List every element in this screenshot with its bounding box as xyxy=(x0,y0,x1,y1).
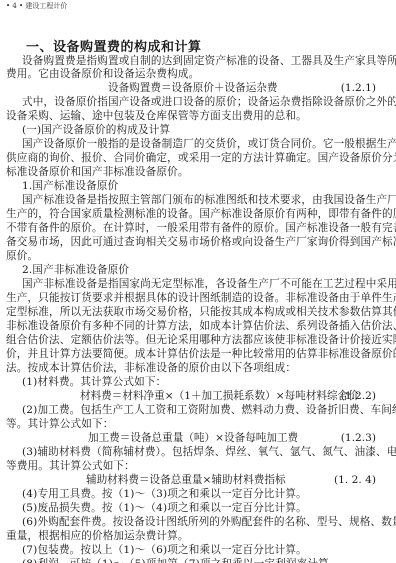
formula-expression: 辅助材料费＝设备总重量×辅助材料费指标 xyxy=(86,474,286,487)
text-line: 设备购置费是指购置或自制的达到固定资产标准的设备、工器具及生产家具等所需的 xyxy=(22,55,396,68)
text-line: 1.国产标准设备原价 xyxy=(22,180,118,193)
text-line: (5)废品损失费。按（1)～（4)项之和乘以一定百分比计算。 xyxy=(22,502,307,515)
text-line: 国产设备原价一般指的是设备制造厂的交货价，或订货合同价。它一般根据生产厂或 xyxy=(22,138,396,151)
text-line: 国产标准设备是指按照主管部门颁布的标准图纸和技术要求，由我国设备生产厂批量 xyxy=(22,194,396,207)
formula-expression: 材料费＝材料净重×（1＋加工损耗系数）×每吨材料综合价 xyxy=(80,390,359,403)
text-line: 价，并且计算方法要简便。成本计算估价法是一种比较常用的估算非标准设备原价的方 xyxy=(6,348,396,361)
text-line: 等。其计算公式如下： xyxy=(6,418,113,431)
text-line: 不带有备件的原价。在计算时，一般采用带有备件的原价。国产标准设备一般有完善的设 xyxy=(6,222,396,235)
text-line: 费用。它由设备原价和设备运杂费构成。 xyxy=(6,68,199,81)
text-line: (7)包装费。按以上（1)～（6)项之和乘以一定百分比计算。 xyxy=(22,544,307,557)
text-line: 2.国产非标准设备原价 xyxy=(22,264,129,277)
text-line: 备交易市场，因此可通过查询相关交易市场价格或向设备生产厂家询价得到国产标准设备 xyxy=(6,236,396,249)
text-line: 生产的，符合国家质量检测标准的设备。国产标准设备原价有两种，即带有备件的原价和 xyxy=(6,208,396,221)
text-line: 法。按成本计算估价法，非标准设备的原价由以下各项组成： xyxy=(6,362,296,375)
text-line: 重量，根据相应的价格加运杂费计算。 xyxy=(6,530,189,543)
text-line: (6)外购配套件费。按设备设计图纸所列的外购配套件的名称、型号、规格、数量、 xyxy=(22,516,396,529)
text-line: 设备采购、运输、途中包装及仓库保管等方面支出费用的总和。 xyxy=(6,110,307,123)
text-line: (8)利润。可按（1)～（5)项加第（7)项之和乘以一定利润率计算。 xyxy=(22,558,340,563)
running-head: • 4 • 建设工程计价 xyxy=(6,1,67,11)
text-line: 等费用。其计算公式如下： xyxy=(6,460,135,473)
text-line: 定型标准，所以无法获取市场交易价格，只能按其成本构成或相关技术参数估算其价格。 xyxy=(6,306,396,319)
text-line: (4)专用工具费。按（1)～（3)项之和乘以一定百分比计算。 xyxy=(22,488,307,501)
formula-expression: 加工费＝设备总重量（吨）×设备每吨加工费 xyxy=(88,432,298,445)
text-line: 非标准设备原价有多种不同的计算方法，如成本计算估价法、系列设备插入估价法、分部 xyxy=(6,320,396,333)
formula-expression: 设备购置费＝设备原价＋设备运杂费 xyxy=(108,82,278,95)
text-line: (1)材料费。其计算公式如下： xyxy=(22,376,166,389)
text-line: 式中，设备原价指国产设备或进口设备的原价；设备运杂费指除设备原价之外的关于 xyxy=(22,96,396,109)
text-line: 供应商的询价、报价、合同价确定，或采用一定的方法计算确定。国产设备原价分为国产 xyxy=(6,152,396,165)
text-line: 组合估价法、定额估价法等。但无论采用哪种方法都应该使非标准设备计价接近实际出厂 xyxy=(6,334,396,347)
text-line: 国产非标准设备是指国家尚无定型标准，各设备生产厂不可能在工艺过程中采用批量 xyxy=(22,278,396,291)
equation-number: (1. 2. 4) xyxy=(334,474,376,487)
section-title: 一、设备购置费的构成和计算 xyxy=(26,36,202,55)
equation-number: (1.2.2) xyxy=(341,390,376,403)
text-line: (一)国产设备原价的构成及计算 xyxy=(22,124,170,137)
text-line: 生产，只能按订货要求并根据具体的设计图纸制造的设备。非标准设备由于单件生产、无 xyxy=(6,292,396,305)
equation-number: (1.2.1) xyxy=(341,82,376,95)
text-line: 标准设备原价和国产非标准设备原价。 xyxy=(6,166,189,179)
text-line: (2)加工费。包括生产工人工资和工资附加费、燃料动力费、设备折旧费、车间经费 xyxy=(22,404,396,417)
equation-number: (1.2.3) xyxy=(341,432,376,445)
text-line: 原价。 xyxy=(6,250,38,263)
text-line: (3)辅助材料费（简称辅材费）。包括焊条、焊丝、氧气、氩气、氮气、油漆、电石 xyxy=(22,446,396,459)
